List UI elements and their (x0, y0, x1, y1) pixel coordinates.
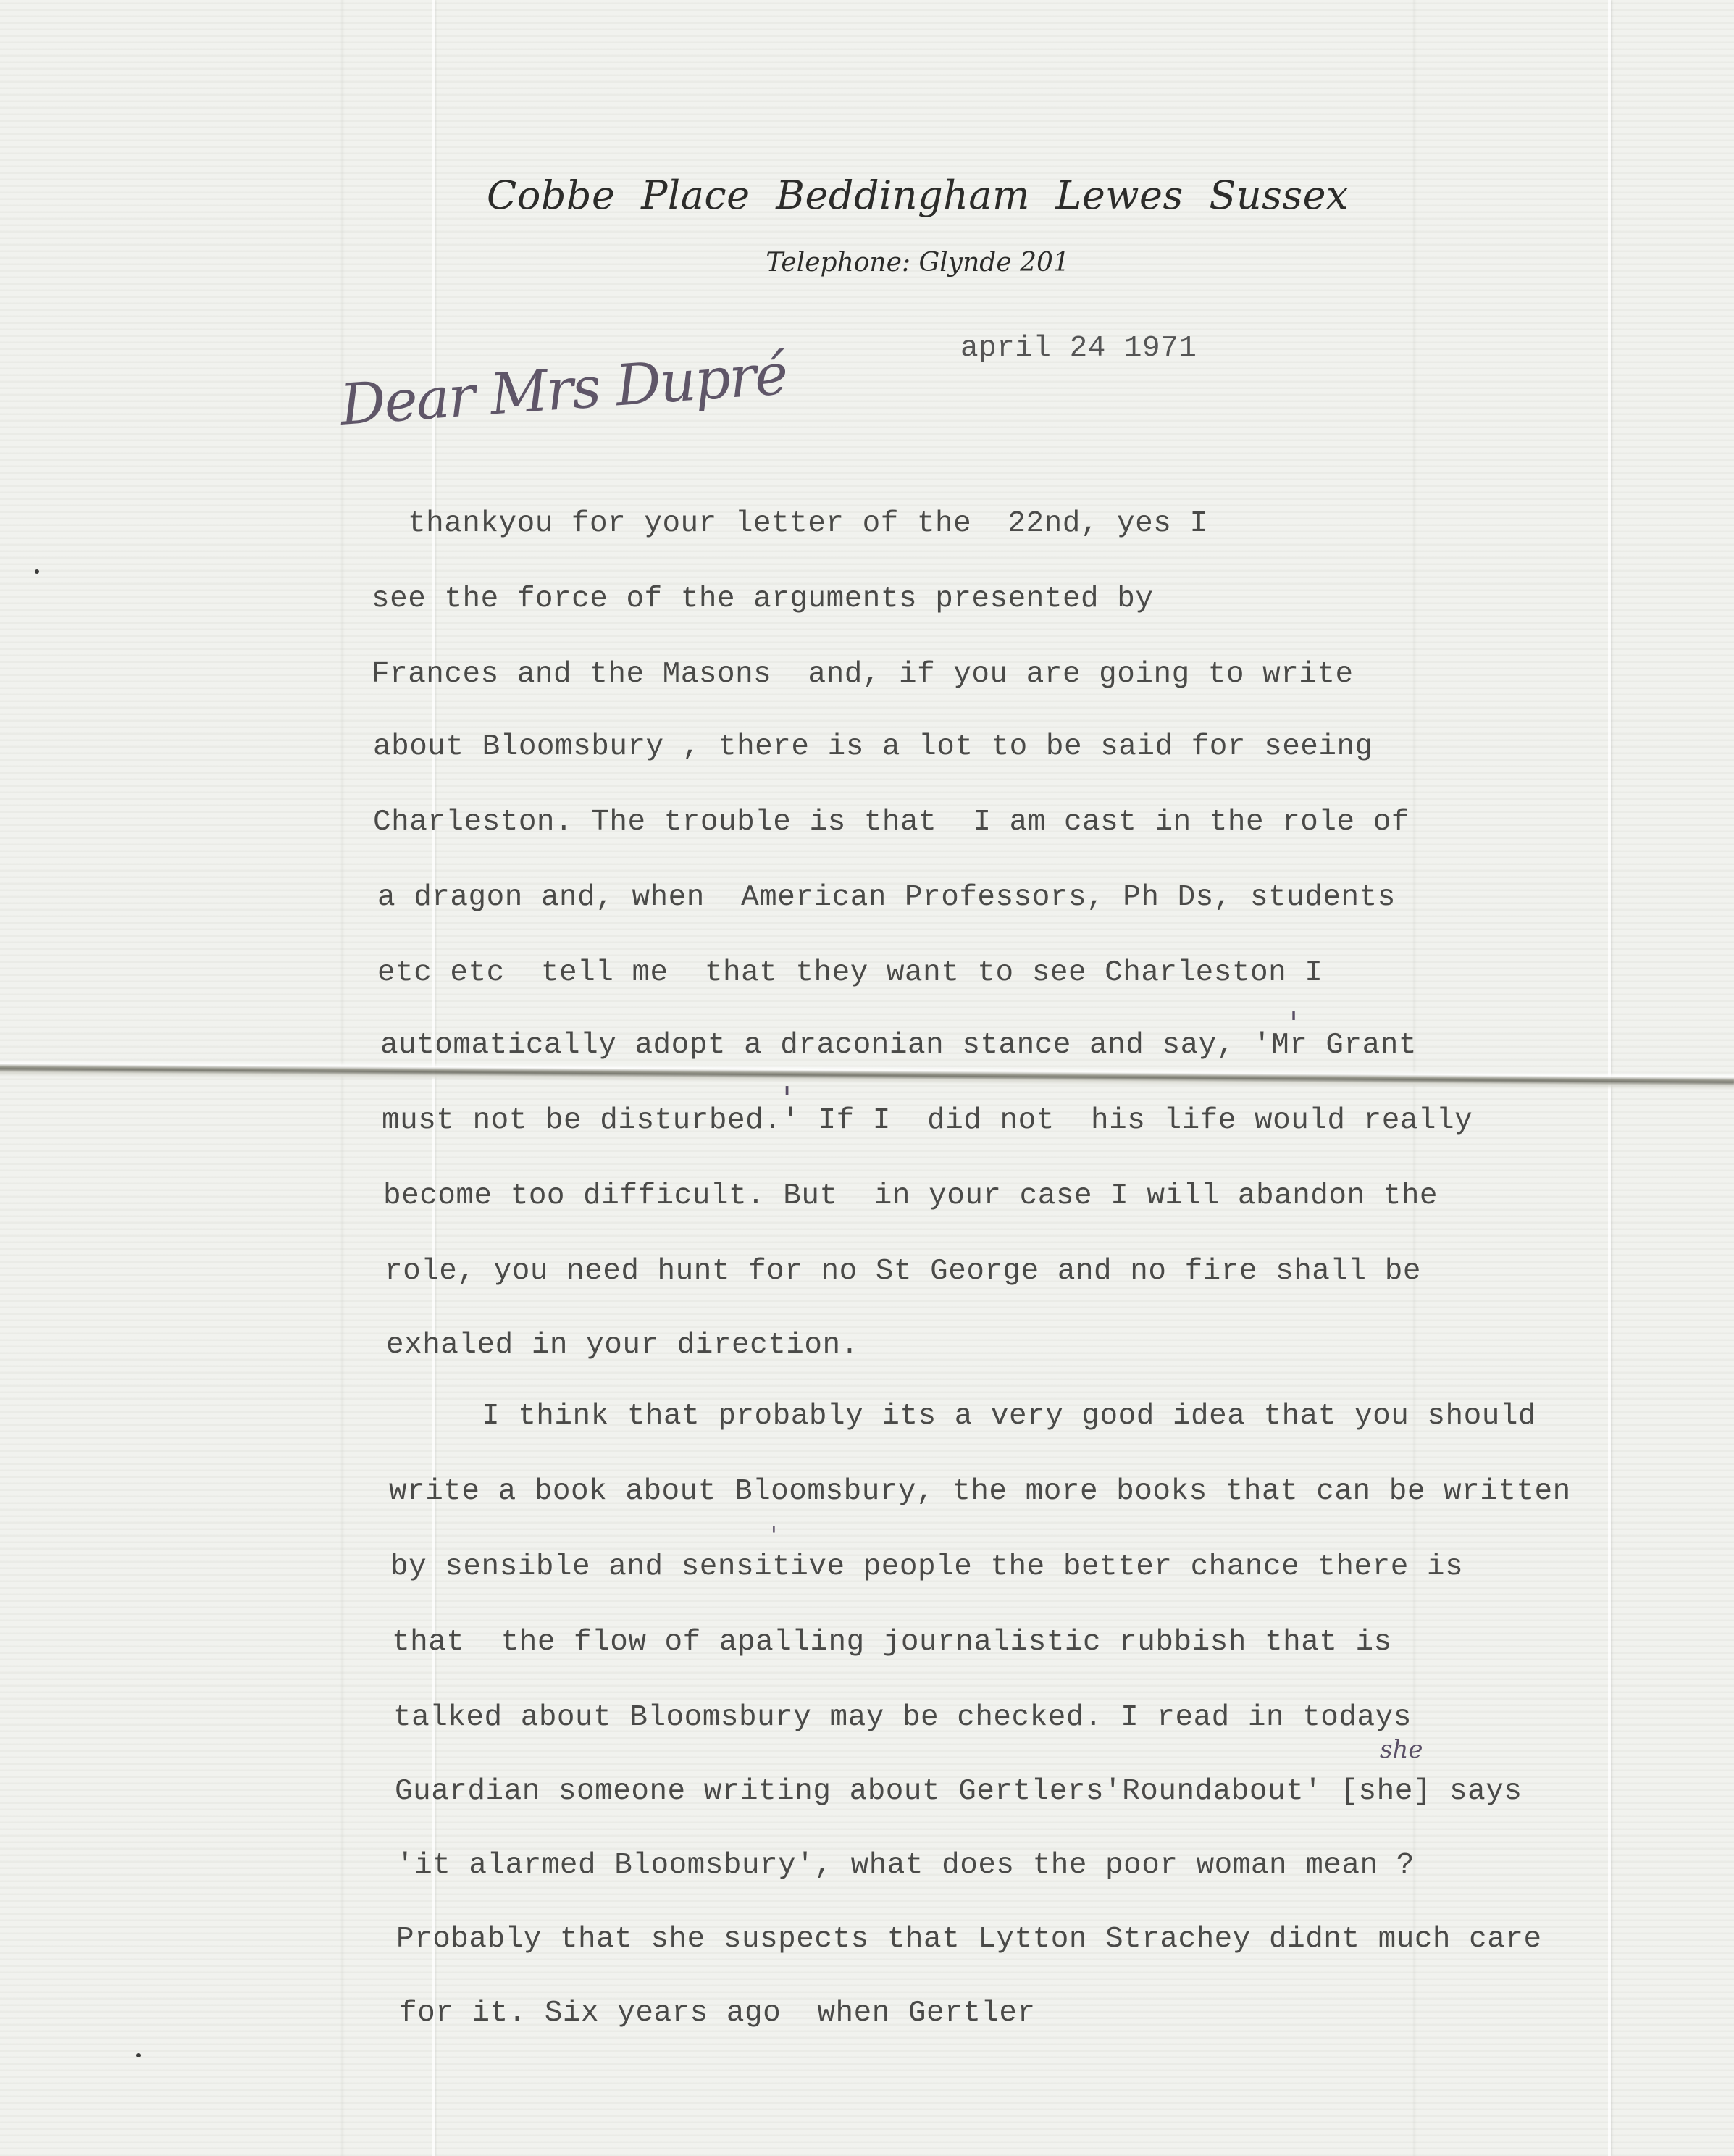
handwritten-caret-mark: ' (771, 1521, 777, 1549)
paper-speck (35, 569, 39, 574)
paper-speck (136, 2053, 141, 2057)
handwritten-quote-mark: ' (1289, 1006, 1298, 1043)
body-line: by sensible and sensitive people the bet… (390, 1550, 1463, 1584)
body-line: that the flow of apalling journalistic r… (392, 1626, 1392, 1659)
body-line: Frances and the Masons and, if you are g… (372, 658, 1354, 691)
handwritten-salutation: Dear Mrs Dupré (338, 342, 789, 438)
body-line: etc etc tell me that they want to see Ch… (377, 956, 1323, 990)
handwritten-quote-mark: ' (782, 1079, 792, 1120)
letterhead-telephone: Telephone: Glynde 201 (51, 248, 1734, 277)
body-line: must not be disturbed.' If I did not his… (382, 1104, 1473, 1137)
body-line: talked about Bloomsbury may be checked. … (393, 1701, 1412, 1734)
body-line: 'it alarmed Bloomsbury', what does the p… (396, 1849, 1415, 1882)
body-line: Probably that she suspects that Lytton S… (396, 1923, 1542, 1956)
letter-date: april 24 1971 (960, 332, 1197, 365)
body-line: Charleston. The trouble is that I am cas… (373, 806, 1410, 839)
body-line: see the force of the arguments presented… (372, 582, 1153, 616)
body-line: exhaled in your direction. (386, 1329, 859, 1362)
body-line: role, you need hunt for no St George and… (385, 1255, 1421, 1288)
body-line: thankyou for your letter of the 22nd, ye… (408, 507, 1208, 540)
body-line: a dragon and, when American Professors, … (377, 881, 1396, 914)
body-line: write a book about Bloomsbury, the more … (389, 1475, 1571, 1508)
letter-sheet: Cobbe Place Beddingham Lewes Sussex Tele… (0, 0, 1734, 2156)
body-line: about Bloomsbury , there is a lot to be … (373, 730, 1373, 764)
fold-crease (0, 1059, 1734, 1090)
body-line: Guardian someone writing about Gertlers'… (395, 1775, 1522, 1808)
letterhead-address: Cobbe Place Beddingham Lewes Sussex (51, 172, 1734, 218)
body-line: I think that probably its a very good id… (482, 1400, 1536, 1433)
body-line: become too difficult. But in your case I… (383, 1179, 1438, 1213)
body-line: automatically adopt a draconian stance a… (380, 1029, 1417, 1062)
handwritten-insert-she: she (1380, 1735, 1423, 1764)
body-line: for it. Six years ago when Gertler (399, 1997, 1036, 2030)
